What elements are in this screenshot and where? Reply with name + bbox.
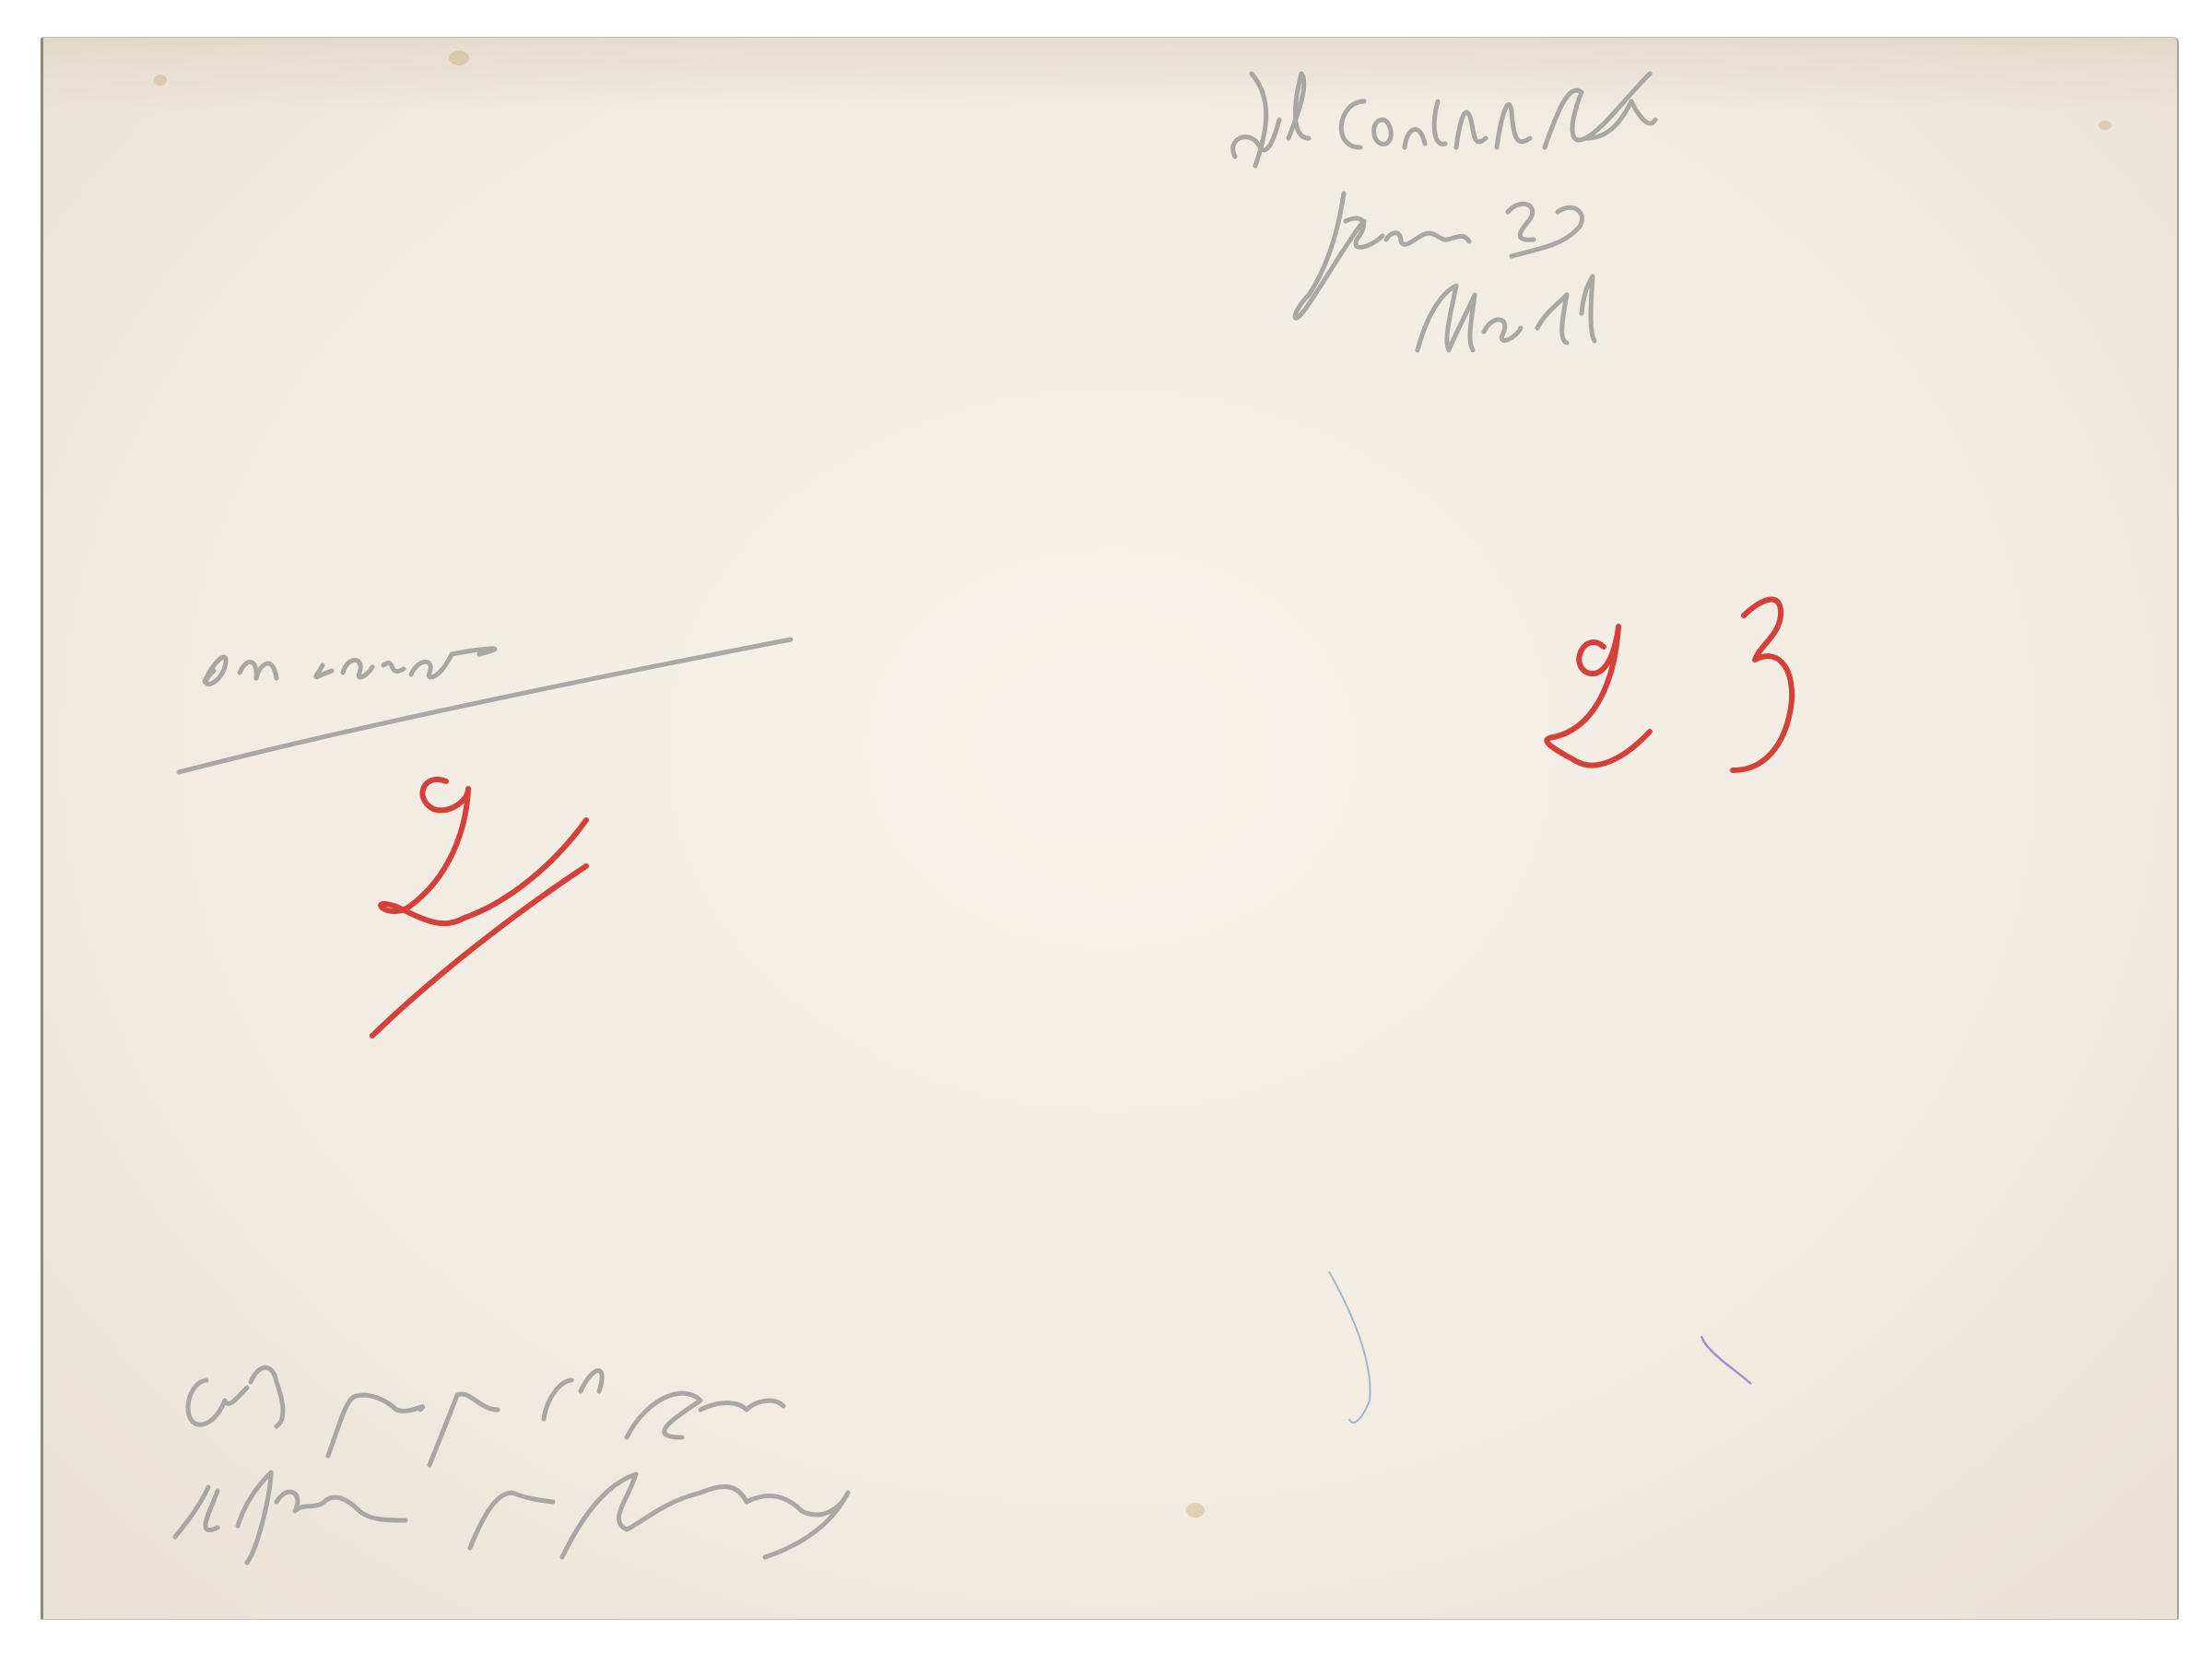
location-note bbox=[179, 639, 791, 772]
violet-pencil-mark bbox=[1701, 1336, 1751, 1384]
address-line-1 bbox=[1233, 74, 1655, 166]
handwriting-layer bbox=[0, 0, 2212, 1653]
caption-line-1 bbox=[188, 1367, 783, 1465]
underline bbox=[179, 639, 791, 772]
caption-line-2 bbox=[175, 1472, 848, 1563]
blue-pencil-mark bbox=[1329, 1272, 1371, 1423]
red-number-right bbox=[1547, 600, 1792, 770]
address-line-3 bbox=[1418, 276, 1594, 350]
red-number-left bbox=[372, 780, 586, 1036]
